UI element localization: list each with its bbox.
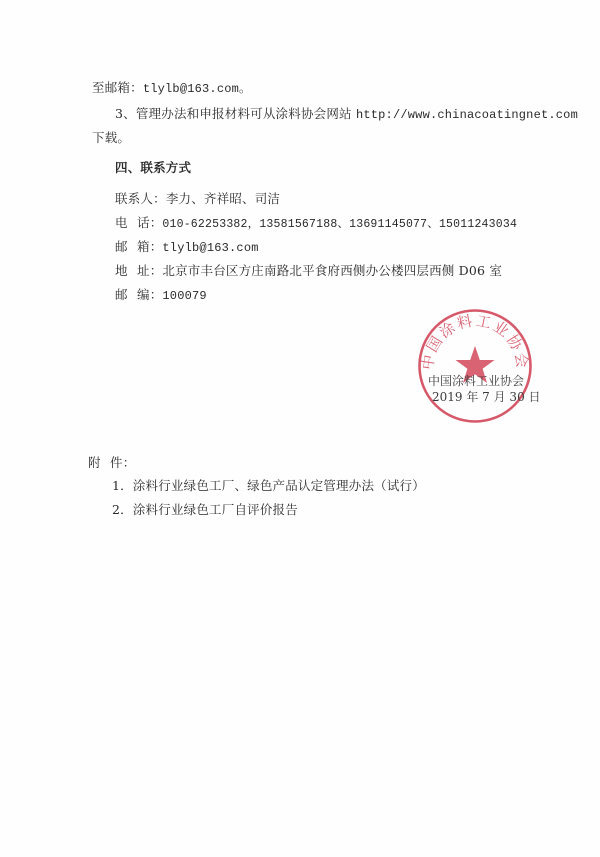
- email-row: 邮箱：tlylb@163.com: [115, 239, 259, 256]
- postcode-row: 邮编：100079: [115, 287, 207, 304]
- attachments-label-row: 附件：: [88, 455, 135, 471]
- attachment-item: 1．涂料行业绿色工厂、绿色产品认定管理办法（试行）: [112, 478, 425, 494]
- phone-value: 010-62253382，13581567188、13691145077、150…: [162, 218, 517, 231]
- item-3-continuation: 下载。: [92, 130, 130, 146]
- email-label-a: 邮: [115, 239, 137, 255]
- email-submit-prefix: 至邮箱：: [92, 80, 143, 95]
- email-label-b: 箱：: [137, 239, 162, 254]
- address-label-a: 地: [115, 263, 137, 279]
- attachments-label-b: 件：: [110, 455, 135, 470]
- signature-organization: 中国涂料工业协会: [428, 374, 524, 388]
- postcode-value: 100079: [162, 289, 206, 303]
- attachments-label-a: 附: [88, 455, 110, 471]
- signature-date: 2019 年 7 月 30 日: [432, 390, 541, 404]
- phone-row: 电话：010-62253382，13581567188、13691145077、…: [115, 215, 517, 233]
- contact-persons-label: 联系人：: [115, 191, 166, 206]
- email-submit-value: tlylb@163.com。: [143, 82, 251, 96]
- contact-persons-value: 李力、齐祥昭、司洁: [166, 191, 280, 206]
- item-3-text: 3、管理办法和申报材料可从涂料协会网站: [115, 106, 352, 121]
- address-value: 北京市丰台区方庄南路北平食府西侧办公楼四层西侧 D06 室: [162, 263, 502, 278]
- contact-persons-row: 联系人：李力、齐祥昭、司洁: [115, 191, 280, 207]
- address-row: 地址：北京市丰台区方庄南路北平食府西侧办公楼四层西侧 D06 室: [115, 263, 502, 279]
- email-value[interactable]: tlylb@163.com: [162, 241, 258, 255]
- postcode-label-a: 邮: [115, 287, 137, 303]
- website-link[interactable]: http://www.chinacoatingnet.com: [356, 108, 578, 122]
- section-4-heading: 四、联系方式: [115, 160, 191, 176]
- email-submit-line: 至邮箱：tlylb@163.com。: [92, 80, 251, 97]
- official-seal-icon: 中国涂料工业协会: [417, 308, 533, 424]
- item-3-line: 3、管理办法和申报材料可从涂料协会网站 http://www.chinacoat…: [115, 106, 578, 123]
- address-label-b: 址：: [137, 263, 162, 278]
- phone-label-a: 电: [115, 215, 137, 231]
- item-3-suffix: 下载。: [92, 130, 130, 145]
- attachment-item: 2．涂料行业绿色工厂自评价报告: [112, 502, 298, 518]
- document-page: 至邮箱：tlylb@163.com。 3、管理办法和申报材料可从涂料协会网站 h…: [0, 0, 600, 857]
- postcode-label-b: 编：: [137, 287, 162, 302]
- phone-label-b: 话：: [137, 215, 162, 230]
